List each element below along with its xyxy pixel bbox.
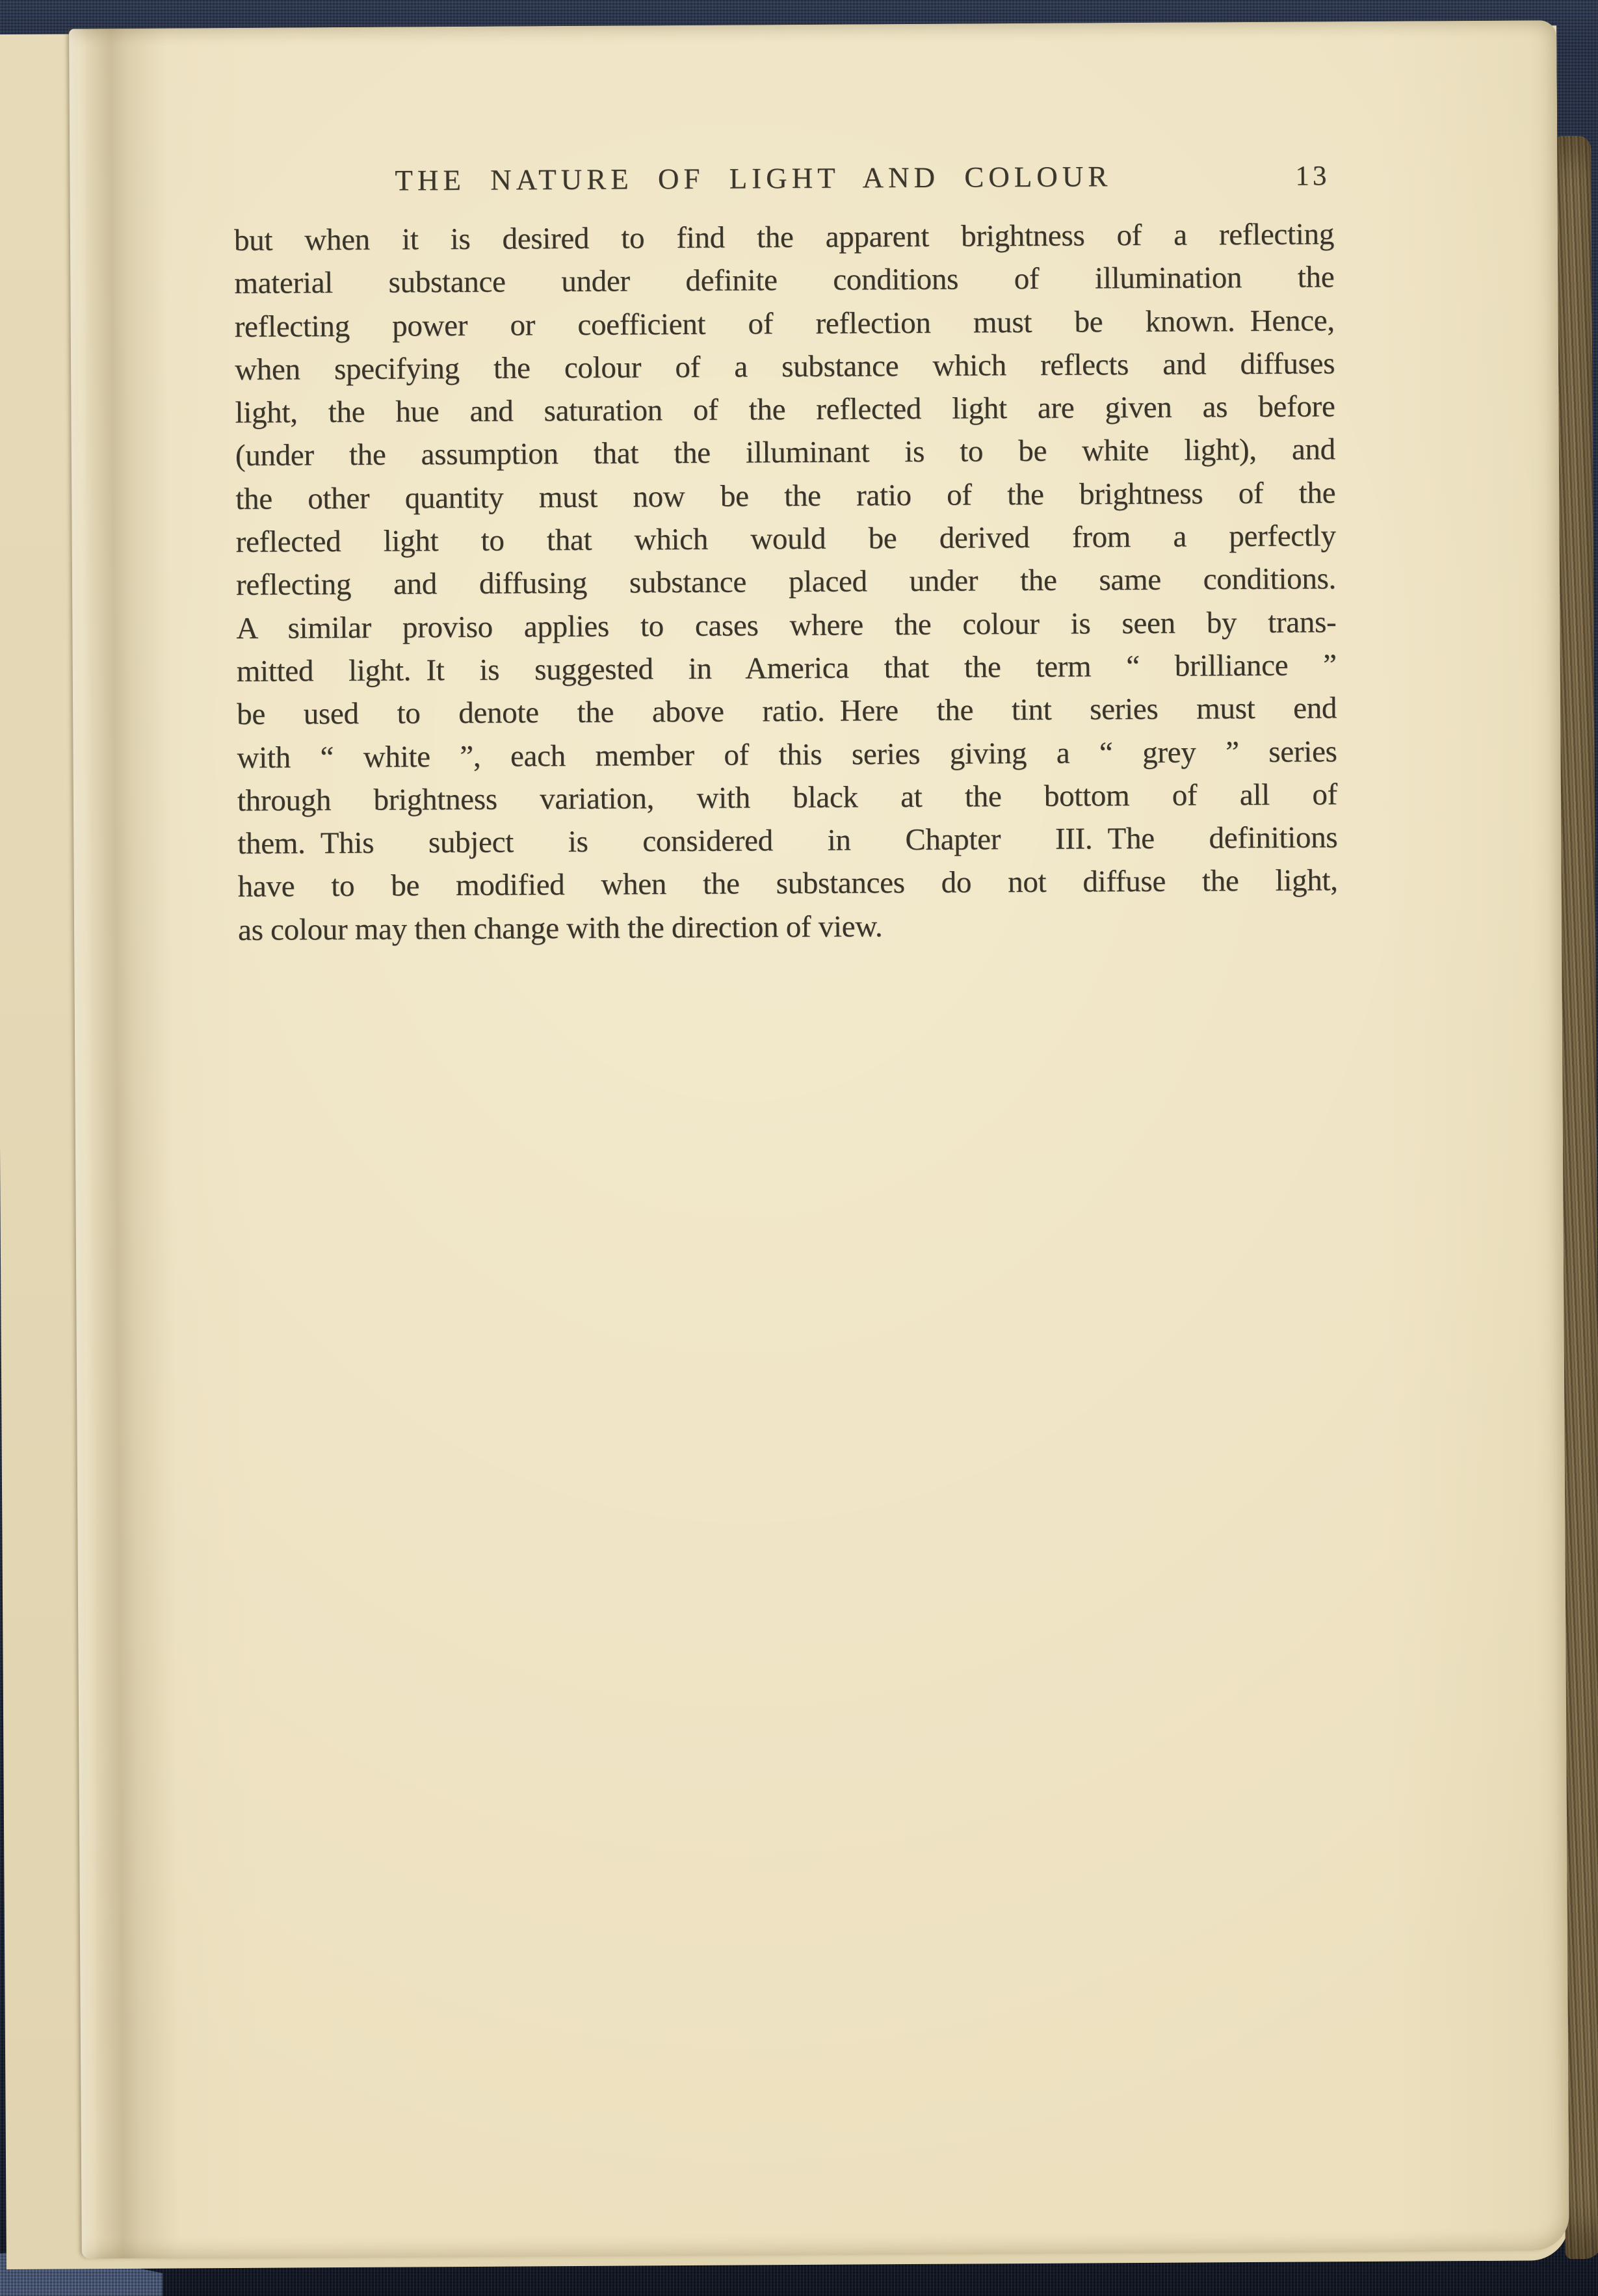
body-line: A similar proviso applies to cases where… <box>236 601 1336 650</box>
body-line: (under the assumption that the illuminan… <box>235 428 1335 478</box>
body-line: when specifying the colour of a substanc… <box>235 342 1335 391</box>
body-text: but when it is desired to find the appar… <box>234 213 1338 952</box>
body-line: but when it is desired to find the appar… <box>234 213 1334 262</box>
body-line: the other quantity must now be the ratio… <box>235 471 1335 521</box>
book-cover: THE NATURE OF LIGHT AND COLOUR 13 but wh… <box>0 0 1598 2296</box>
body-line: through brightness variation, with black… <box>237 773 1337 822</box>
book-page: THE NATURE OF LIGHT AND COLOUR 13 but wh… <box>69 20 1569 2258</box>
printed-content: THE NATURE OF LIGHT AND COLOUR 13 but wh… <box>69 20 1569 2258</box>
body-line: with “ white ”, each member of this seri… <box>237 730 1337 779</box>
body-line: have to be modified when the substances … <box>238 859 1338 909</box>
body-line: reflected light to that which would be d… <box>235 514 1335 564</box>
page-group: THE NATURE OF LIGHT AND COLOUR 13 but wh… <box>0 20 1598 2268</box>
page-number: 13 <box>1295 160 1329 192</box>
body-line: them. This subject is considered in Chap… <box>237 816 1337 865</box>
body-line: material substance under definite condit… <box>234 256 1334 306</box>
running-header: THE NATURE OF LIGHT AND COLOUR 13 <box>233 158 1333 205</box>
body-line: be used to denote the above ratio. Here … <box>237 686 1337 736</box>
body-line: as colour may then change with the direc… <box>238 902 1338 952</box>
body-line: light, the hue and saturation of the ref… <box>235 385 1335 434</box>
body-line: reflecting and diffusing substance place… <box>236 558 1336 607</box>
body-line: mitted light. It is suggested in America… <box>237 644 1337 693</box>
header-title: THE NATURE OF LIGHT AND COLOUR <box>395 159 1112 197</box>
body-line: reflecting power or coefficient of refle… <box>235 299 1335 348</box>
